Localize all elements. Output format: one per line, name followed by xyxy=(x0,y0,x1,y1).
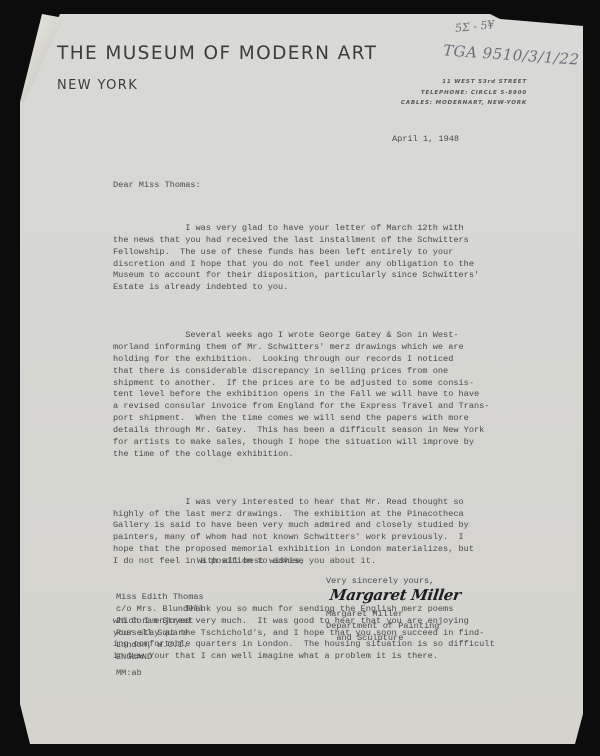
recipient-address: Miss Edith Thomas c/o Mrs. Blundell 26 C… xyxy=(116,592,204,663)
paragraph-2: Several weeks ago I wrote George Gatey &… xyxy=(113,330,495,461)
letter-date: April 1, 1948 xyxy=(392,134,459,146)
letterhead-city: NEW YORK xyxy=(57,78,138,93)
letterhead-telephone: TELEPHONE: CIRCLE 5-8900 xyxy=(401,88,527,99)
letterhead-address: 11 WEST 53rd STREET xyxy=(401,77,527,88)
letterhead-contact: 11 WEST 53rd STREET TELEPHONE: CIRCLE 5-… xyxy=(401,77,527,109)
salutation: Dear Miss Thomas: xyxy=(113,180,201,192)
reference-initials: MM:ab xyxy=(116,668,142,680)
letterhead-title: THE MUSEUM OF MODERN ART xyxy=(57,43,377,64)
scan-background: THE MUSEUM OF MODERN ART NEW YORK 11 WES… xyxy=(0,0,600,756)
closing-wishes: With all best wishes, xyxy=(197,556,305,568)
letterhead-cables: CABLES: MODERNART, NEW-YORK xyxy=(401,98,527,109)
paragraph-1: I was very glad to have your letter of M… xyxy=(113,223,495,294)
handwritten-signature: Margaret Miller xyxy=(329,586,462,604)
signer-block: Margaret Miller Department of Painting a… xyxy=(326,609,439,645)
